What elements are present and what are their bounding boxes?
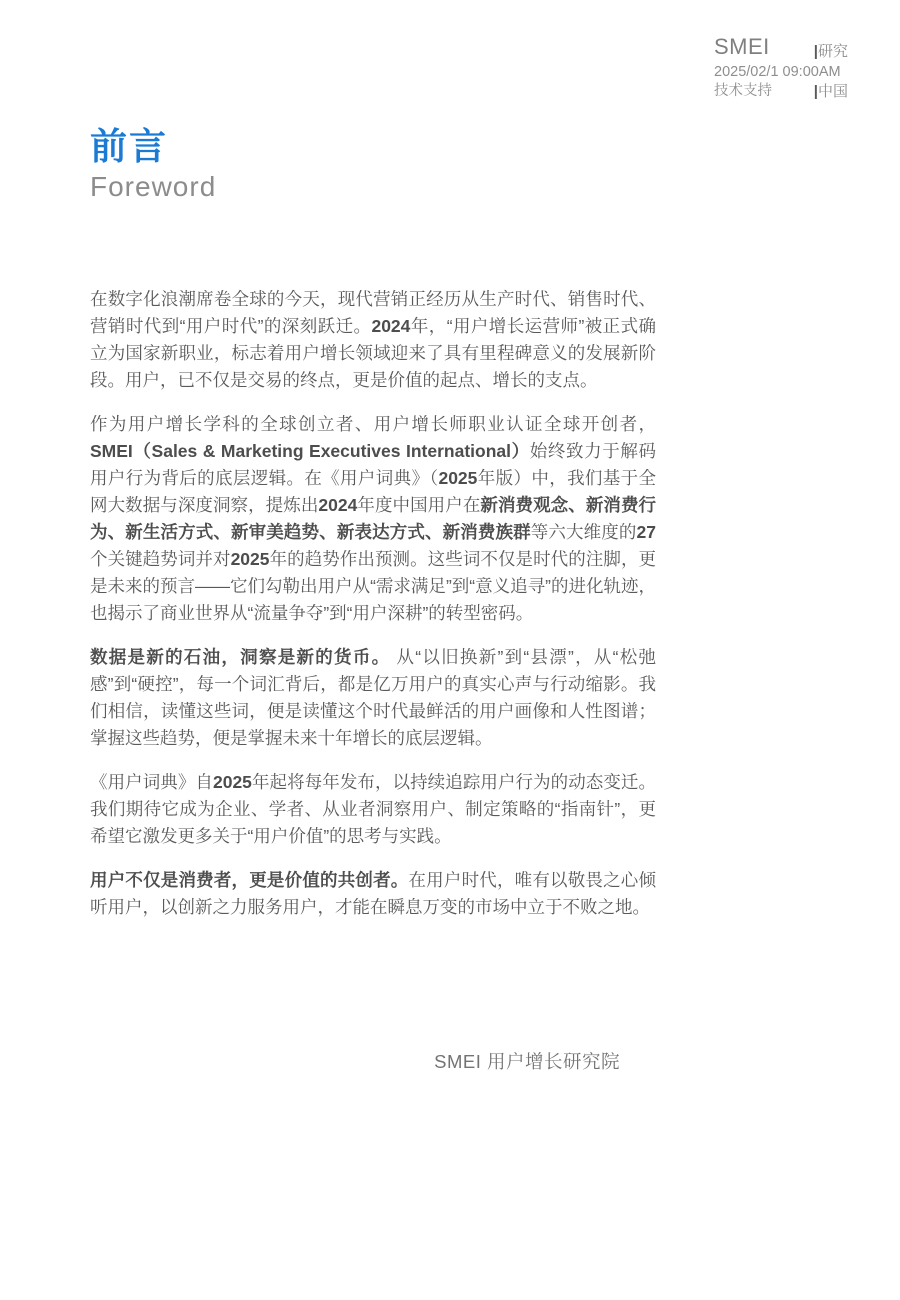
document-page: SMEI |研究 2025/02/1 09:00AM 技术支持 |中国 前言 F… xyxy=(0,0,900,1300)
category-label: 研究 xyxy=(818,43,848,60)
bold-text-run: 2025 xyxy=(231,549,270,569)
signature: SMEI 用户增长研究院 xyxy=(90,1048,656,1074)
header-support-line: 技术支持 |中国 xyxy=(714,82,848,102)
region-label-wrap: |中国 xyxy=(814,82,848,102)
bold-text-run: 27 xyxy=(637,522,656,542)
brand-logo: SMEI xyxy=(714,33,770,62)
text-run: 等六大维度的 xyxy=(531,522,637,542)
header-datetime: 2025/02/1 09:00AM xyxy=(714,63,848,82)
paragraph: 数据是新的石油，洞察是新的货币。 从“以旧换新”到“县漂”，从“松弛感”到“硬控… xyxy=(90,644,656,752)
header-brand-line: SMEI |研究 xyxy=(714,33,848,62)
paragraph: 在数字化浪潮席卷全球的今天，现代营销正经历从生产时代、销售时代、营销时代到“用户… xyxy=(90,286,656,394)
paragraph: 用户不仅是消费者，更是价值的共创者。在用户时代，唯有以敬畏之心倾听用户，以创新之… xyxy=(90,867,656,921)
paragraph: 作为用户增长学科的全球创立者、用户增长师职业认证全球开创者，SMEI（Sales… xyxy=(90,411,656,627)
text-run: 《用户词典》自 xyxy=(90,772,213,792)
text-run: 年度中国用户在 xyxy=(357,495,480,515)
page-title-en: Foreword xyxy=(90,171,216,203)
foreword-body: 在数字化浪潮席卷全球的今天，现代营销正经历从生产时代、销售时代、营销时代到“用户… xyxy=(90,286,656,938)
bold-text-run: 2025 xyxy=(213,772,252,792)
support-label: 技术支持 xyxy=(714,82,772,102)
bold-text-run: 数据是新的石油，洞察是新的货币。 xyxy=(90,647,390,667)
bold-text-run: SMEI（Sales & Marketing Executives Intern… xyxy=(90,441,530,461)
title-block: 前言 Foreword xyxy=(90,126,216,203)
bold-text-run: 用户不仅是消费者，更是价值的共创者。 xyxy=(90,870,408,890)
text-run: 个关键趋势词并对 xyxy=(90,549,231,569)
text-run: 作为用户增长学科的全球创立者、用户增长师职业认证全球开创者， xyxy=(90,414,656,434)
bold-text-run: 2024 xyxy=(371,316,410,336)
region-label: 中国 xyxy=(818,83,848,100)
doc-header: SMEI |研究 2025/02/1 09:00AM 技术支持 |中国 xyxy=(714,33,848,102)
brand-category: |研究 xyxy=(814,42,848,62)
bold-text-run: 2025 xyxy=(438,468,477,488)
bold-text-run: 2024 xyxy=(318,495,357,515)
paragraph: 《用户词典》自2025年起将每年发布，以持续追踪用户行为的动态变迁。我们期待它成… xyxy=(90,769,656,850)
page-title-zh: 前言 xyxy=(90,126,216,169)
